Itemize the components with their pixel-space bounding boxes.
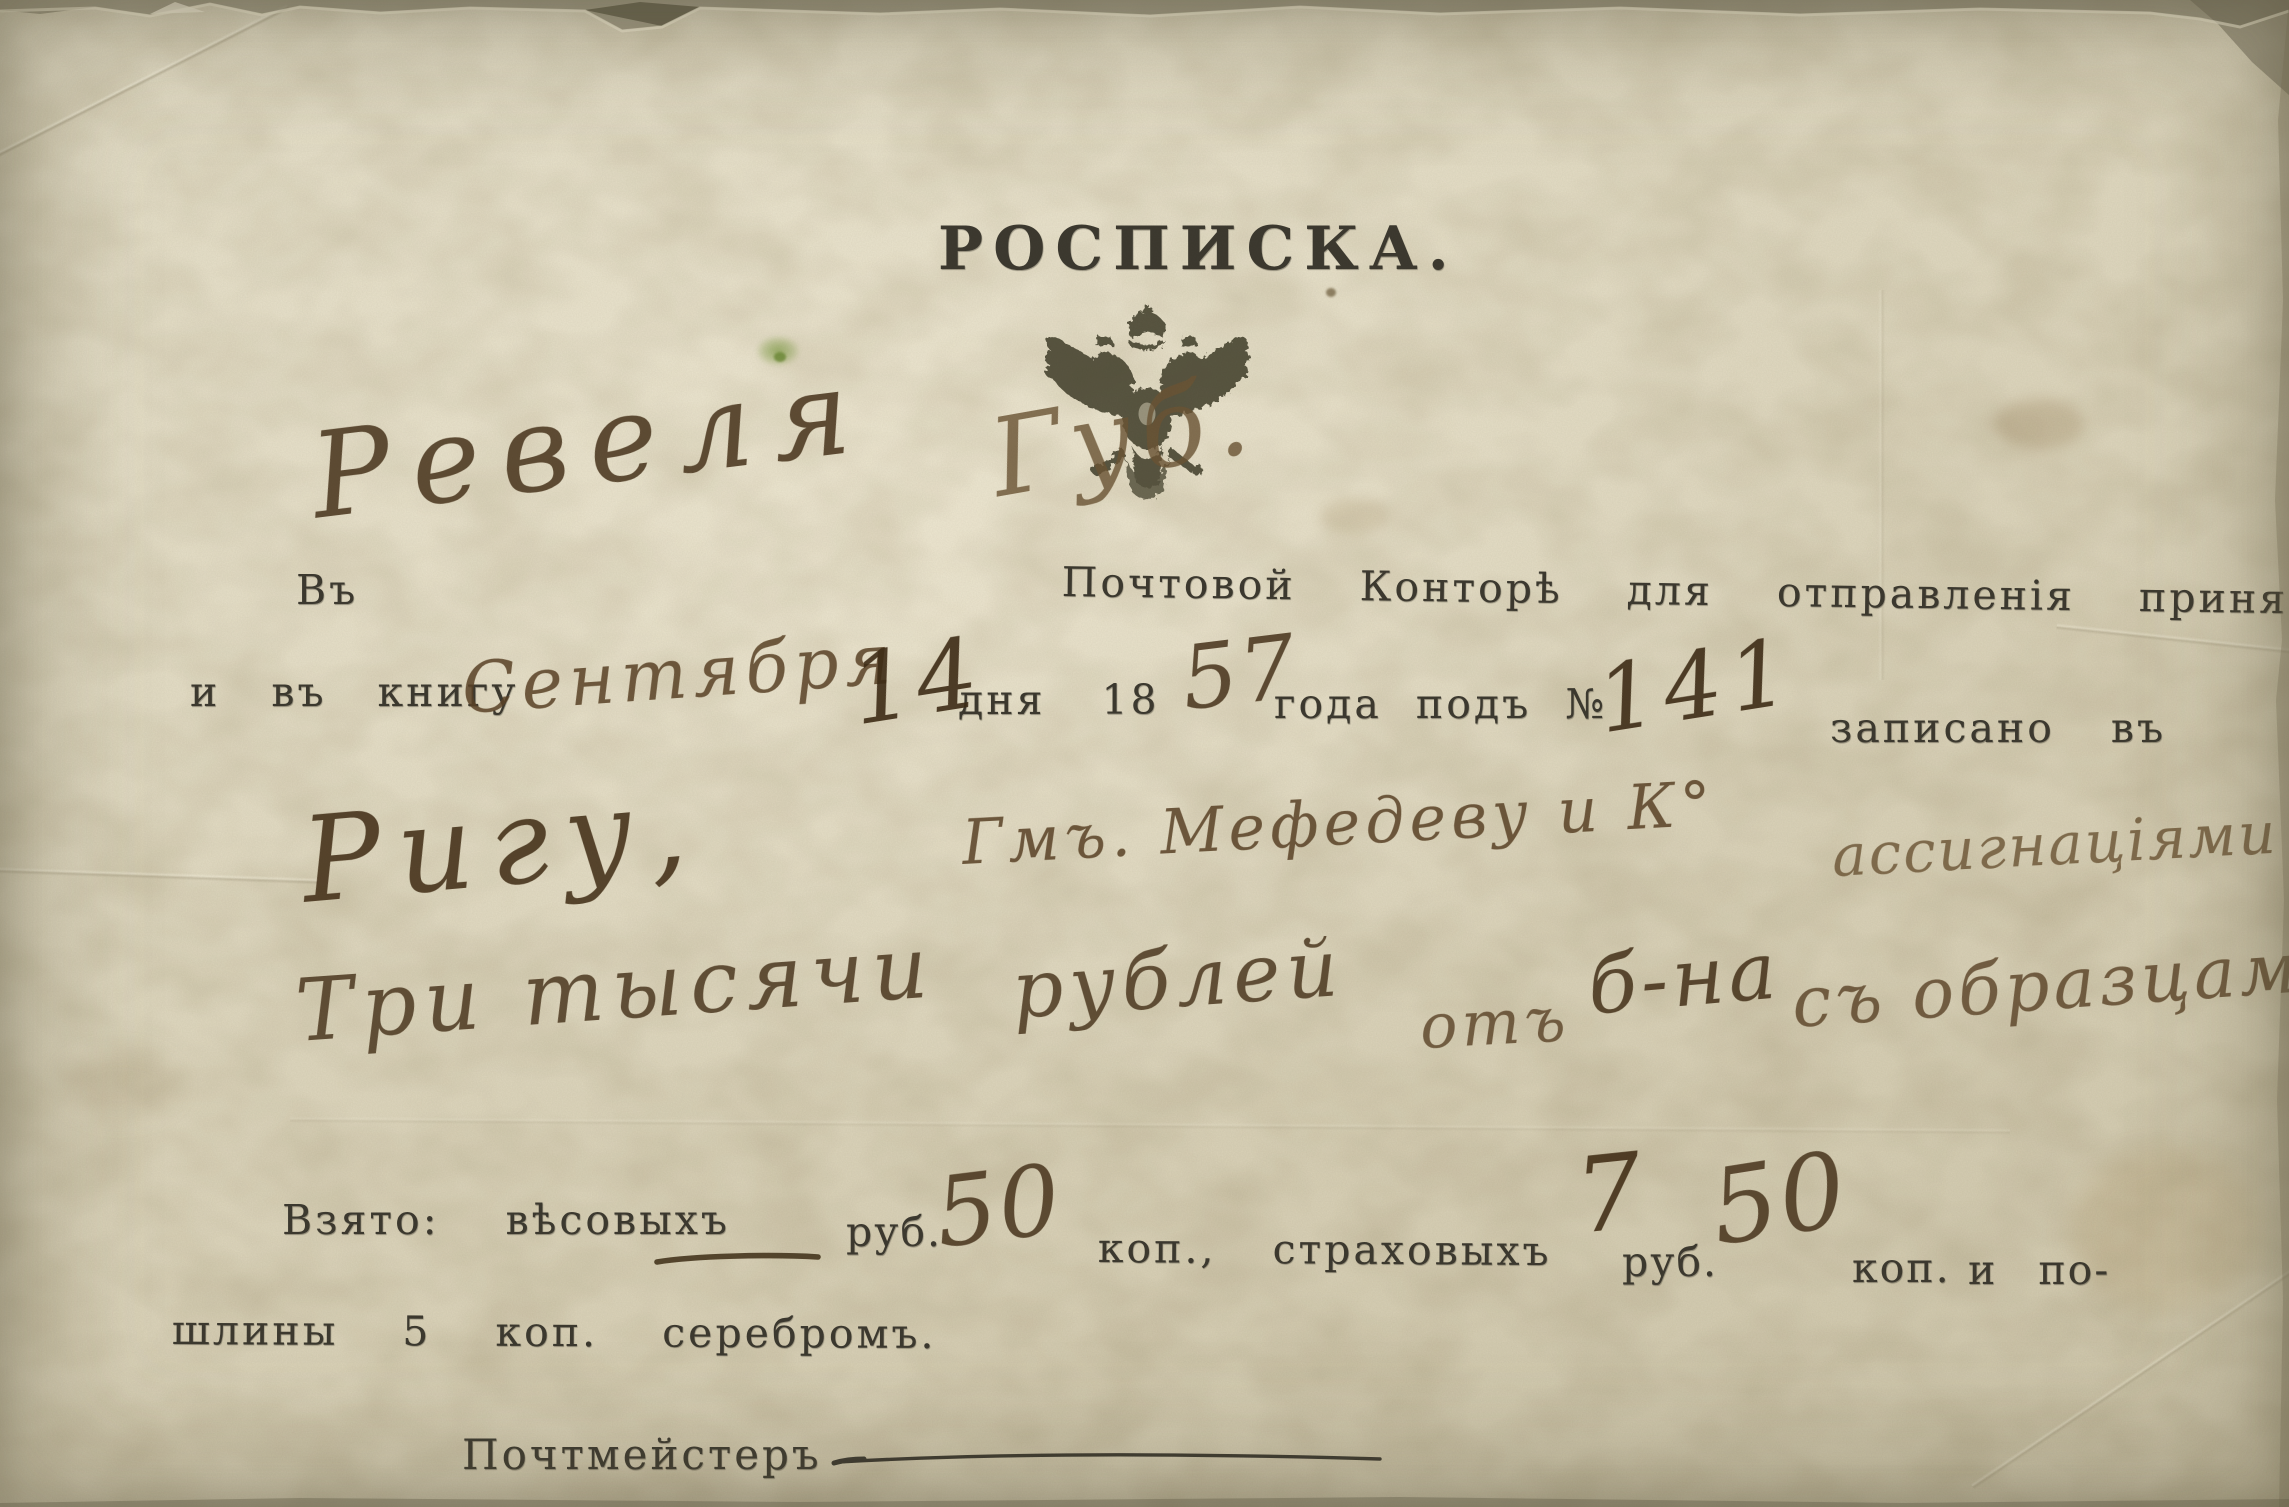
hw-amount-words-4: б-на <box>1584 923 1784 1032</box>
printed-v-prefix: Въ <box>296 566 358 614</box>
hw-insurance-rubles: 7 <box>1570 1129 1649 1257</box>
hw-amount-words-2: рублей <box>1009 921 1347 1037</box>
printed-office-line: Почтовой Конторѣ для отправленія принято <box>1061 558 2289 624</box>
postmaster-signature-line <box>830 1448 1390 1470</box>
foxing-blotch <box>60 1050 180 1120</box>
brown-dot <box>1326 288 1336 297</box>
printed-postmaster-label: Почтмейстеръ <box>462 1430 822 1479</box>
bottom-edge-shadow <box>0 1481 2289 1507</box>
hw-insurance-kopecks: 50 <box>1702 1127 1856 1269</box>
hw-destination-city: Ригу, <box>296 757 708 929</box>
printed-kop-insurance-label: коп., страховыхъ <box>1098 1224 1552 1275</box>
foxing-blotch <box>1320 498 1390 534</box>
printed-day-label: дня 18 <box>958 676 1160 724</box>
hw-addressee: Гмъ. Мефедеву и К° <box>960 767 1718 879</box>
foxing-blotch <box>1995 398 2085 450</box>
printed-duty-line: шлины 5 коп. серебромъ. <box>172 1306 937 1358</box>
hw-entry-number: 141 <box>1590 617 1804 754</box>
printed-fees-label: Взято: вѣсовыхъ <box>282 1196 730 1244</box>
hw-weight-kopecks: 50 <box>929 1143 1068 1270</box>
hw-month: Сентября <box>459 618 899 730</box>
hw-amount-words-1: Три тысячи <box>293 917 939 1061</box>
hw-day: 14 <box>843 616 989 747</box>
torn-top-edge <box>0 0 2289 120</box>
printed-year-label: года подъ № <box>1274 680 1607 728</box>
rough-right-edge <box>2249 0 2289 1507</box>
printed-rub-1: руб. <box>846 1208 942 1256</box>
hw-amount-words-5: съ образцами <box>1789 923 2289 1044</box>
hw-amount-words-3: отъ <box>1418 982 1571 1063</box>
hw-place-name: Ревеля <box>304 340 878 545</box>
fold-crease-vertical <box>1878 290 1885 680</box>
hw-year-digits: 57 <box>1176 614 1304 730</box>
receipt-document: РОСПИСКА. Въ Почтовой Конторѣ для отправ… <box>0 0 2289 1507</box>
printed-and-po: и по- <box>1968 1246 2110 1294</box>
document-title: РОСПИСКА. <box>938 214 1459 284</box>
hw-weight-rubles-dash <box>652 1250 826 1268</box>
printed-kop-2: коп. <box>1852 1244 1951 1292</box>
fold-crease <box>0 866 318 885</box>
hw-addressee-tail: ассигнаціями <box>1830 799 2279 890</box>
fold-crease <box>290 1116 2010 1135</box>
printed-recorded-label: записано въ <box>1830 704 2166 752</box>
